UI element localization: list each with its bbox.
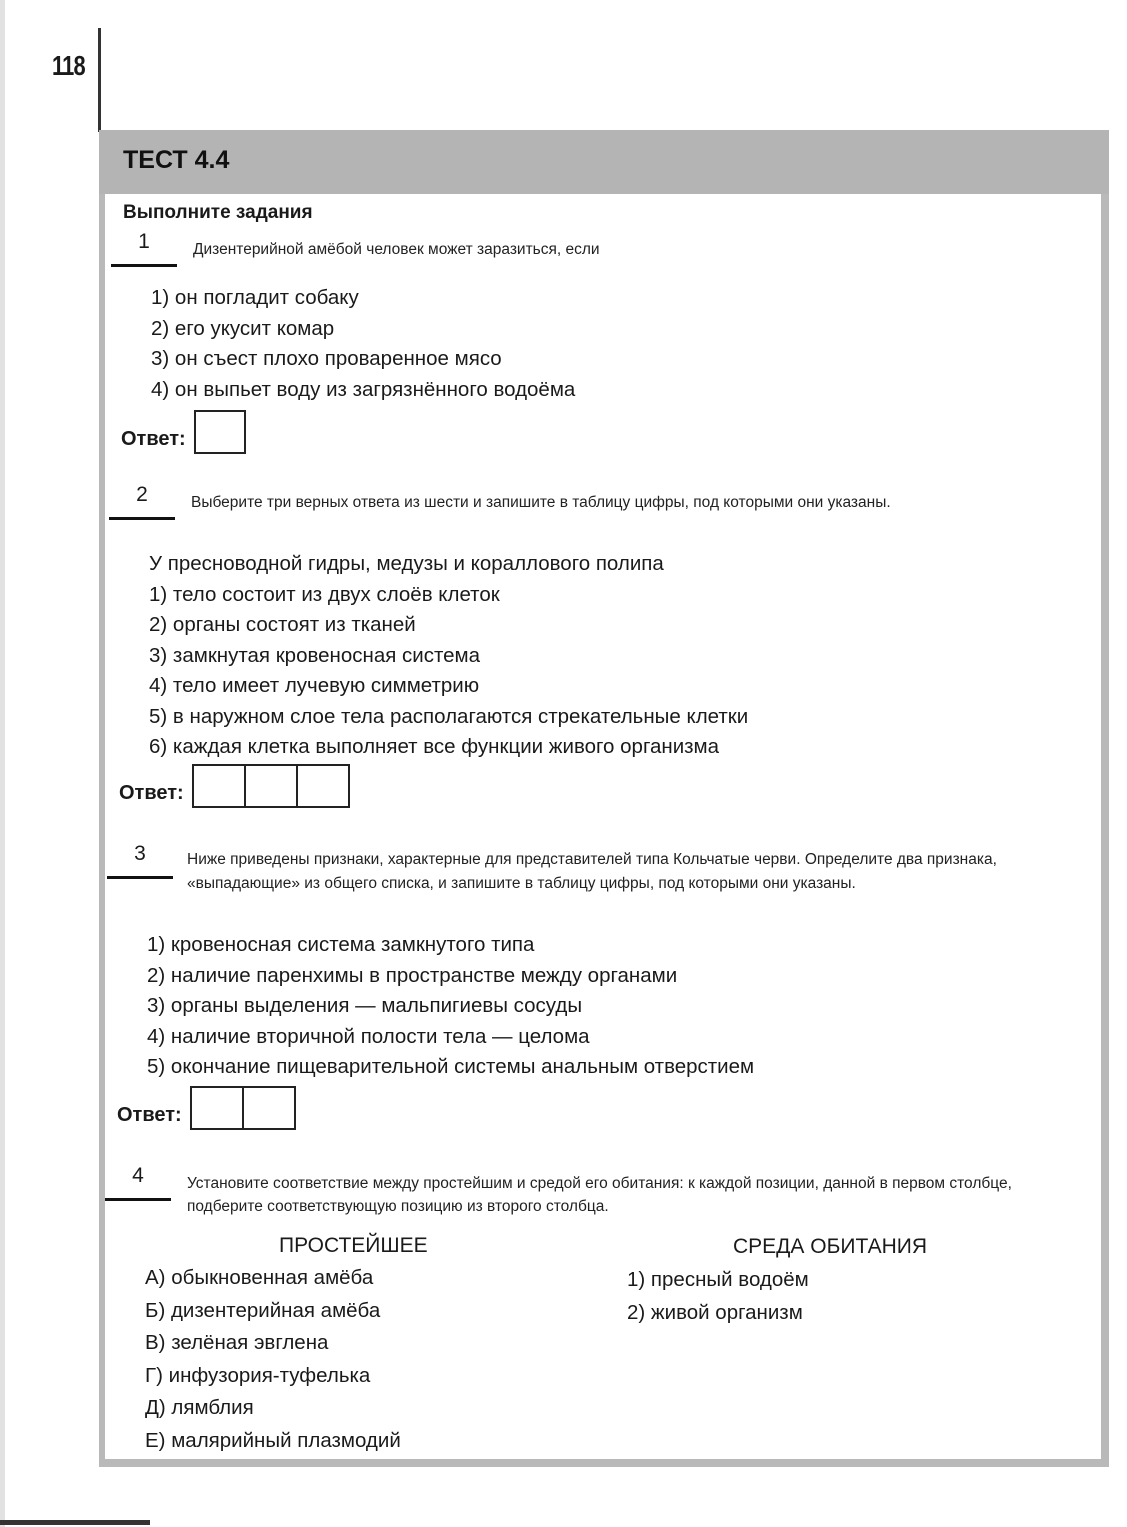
task-2-option: 2) органы состоят из тканей [149,610,748,641]
task-4-left-item: Г) инфузория-туфелька [145,1360,401,1393]
task-4-number: 4 [105,1164,171,1188]
task-1-answer: Ответ: [121,410,246,454]
task-2-option: 6) каждая клетка выполняет все функции ж… [149,732,748,763]
task-4-right-items: 1) пресный водоём 2) живой организм [627,1264,809,1329]
task-3-prompt: Ниже приведены признаки, характерные для… [187,848,1067,896]
column-header-protozoa: ПРОСТЕЙШЕЕ [279,1234,428,1258]
task-3-option: 2) наличие паренхимы в пространстве межд… [147,961,754,992]
task-3-option: 3) органы выделения — мальпигиевы сосуды [147,991,754,1022]
task-2-option: 5) в наружном слое тела располагаются ст… [149,702,748,733]
margin-rule [98,28,101,132]
answer-cell[interactable] [194,766,244,806]
answer-grid [194,410,246,454]
answer-cell[interactable] [192,1088,242,1128]
answer-cell[interactable] [244,766,296,806]
task-3-option: 5) окончание пищеварительной системы ана… [147,1052,754,1083]
task-2-stem: У пресноводной гидры, медузы и кораллово… [149,549,748,580]
answer-grid [192,764,350,808]
task-4-prompt: Установите соответствие между простейшим… [187,1172,1067,1218]
task-2-answer: Ответ: [119,764,350,808]
task-3-options: 1) кровеносная система замкнутого типа 2… [147,930,754,1083]
task-2-number: 2 [109,483,175,507]
answer-grid [190,1086,296,1130]
task-1-options: 1) он погладит собаку 2) его укусит кома… [151,283,575,405]
task-3-option: 1) кровеносная система замкнутого типа [147,930,754,961]
task-3-answer: Ответ: [117,1086,296,1130]
answer-label: Ответ: [121,428,186,451]
task-1-number: 1 [111,230,177,254]
task-1-option: 3) он съест плохо проваренное мясо [151,344,575,375]
answer-label: Ответ: [119,782,184,805]
bottom-rule [0,1520,150,1525]
task-4-left-item: Д) лямблия [145,1392,401,1425]
test-frame: ТЕСТ 4.4 Выполните задания 1 Дизентерийн… [99,130,1109,1467]
task-4-left-item: В) зелёная эвглена [145,1327,401,1360]
answer-cell[interactable] [296,766,348,806]
task-2-prompt: Выберите три верных ответа из шести и за… [191,491,1071,514]
test-header: ТЕСТ 4.4 [99,130,1109,194]
task-2-option: 1) тело состоит из двух слоёв клеток [149,580,748,611]
task-3-option: 4) наличие вторичной полости тела — цело… [147,1022,754,1053]
task-2-options: У пресноводной гидры, медузы и кораллово… [149,549,748,763]
task-4-right-item: 1) пресный водоём [627,1264,809,1297]
task-4-left-item: Б) дизентерийная амёба [145,1295,401,1328]
task-4-right-item: 2) живой организм [627,1297,809,1330]
answer-cell[interactable] [196,412,244,452]
scan-edge [0,0,5,1527]
task-1-option: 1) он погладит собаку [151,283,575,314]
task-2-option: 4) тело имеет лучевую симметрию [149,671,748,702]
instructions: Выполните задания [123,202,313,224]
answer-label: Ответ: [117,1104,182,1127]
page-number: 118 [52,50,85,82]
task-4-left-items: А) обыкновенная амёба Б) дизентерийная а… [145,1262,401,1457]
task-1-prompt: Дизентерийной амёбой человек может зараз… [193,238,600,261]
task-1-option: 2) его укусит комар [151,314,575,345]
task-2-option: 3) замкнутая кровеносная система [149,641,748,672]
task-4-left-item: Е) малярийный плазмодий [145,1425,401,1458]
task-1-option: 4) он выпьет воду из загрязнённого водоё… [151,375,575,406]
test-body: Выполните задания 1 Дизентерийной амёбой… [105,194,1101,1459]
column-header-habitat: СРЕДА ОБИТАНИЯ [733,1235,927,1259]
task-4-left-item: А) обыкновенная амёба [145,1262,401,1295]
test-title: ТЕСТ 4.4 [123,146,229,175]
task-3-number: 3 [107,842,173,866]
answer-cell[interactable] [242,1088,294,1128]
